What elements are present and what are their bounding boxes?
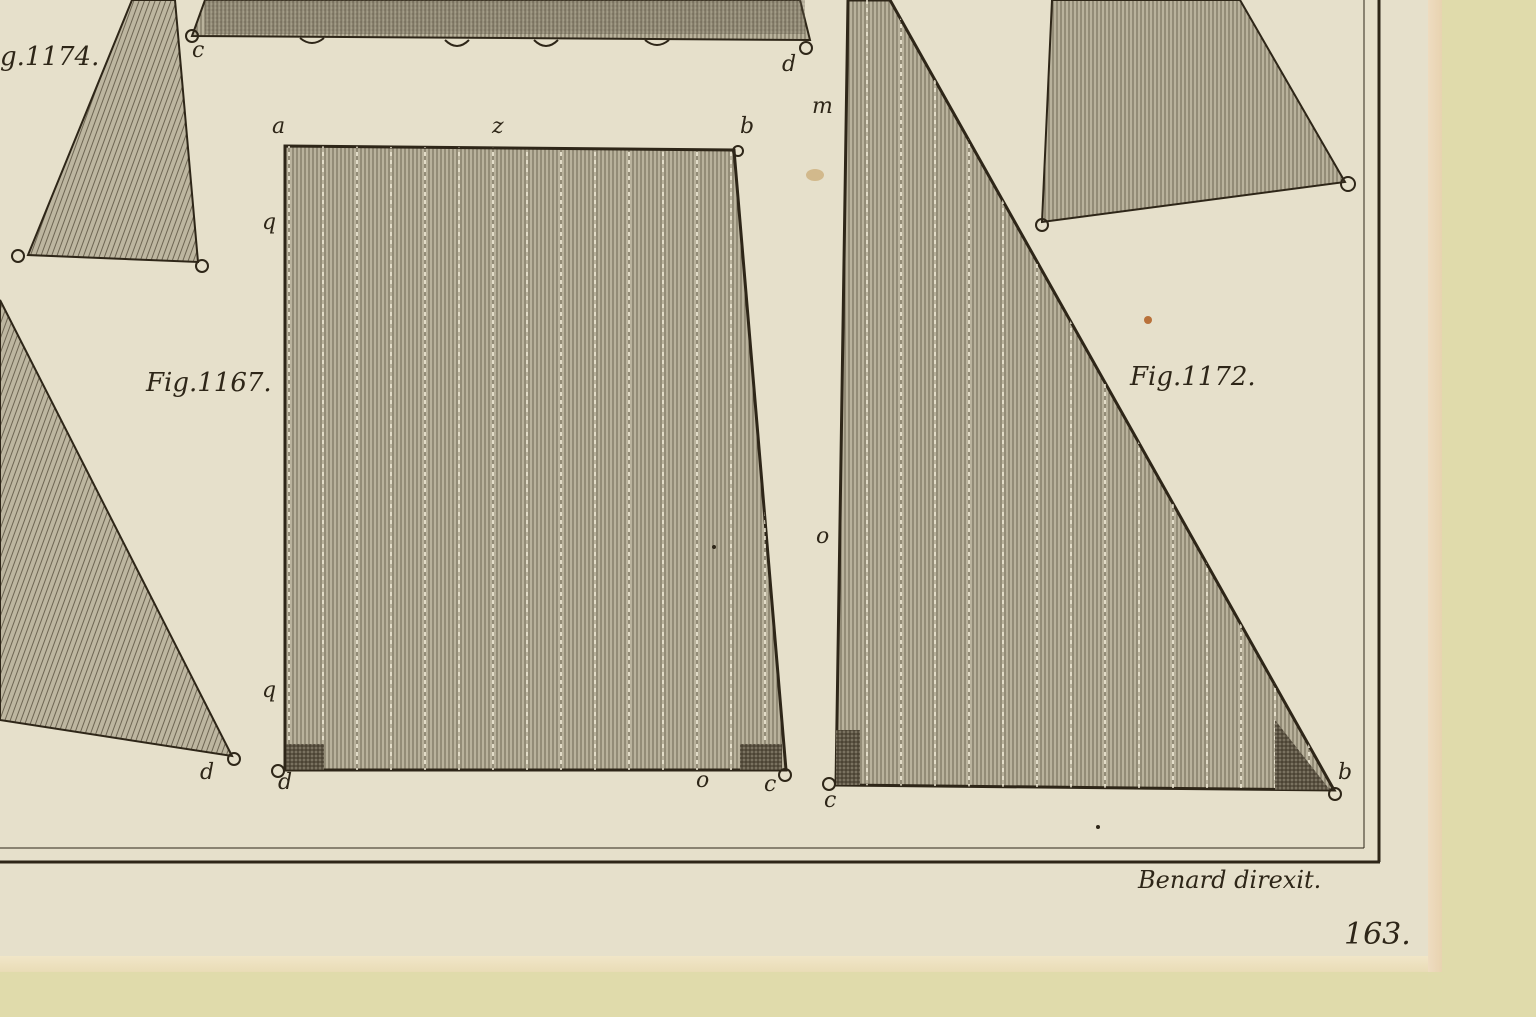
label-b: b — [740, 116, 754, 138]
label-q-bottom: q — [262, 680, 276, 702]
engraving-drawing — [0, 0, 1536, 1017]
label-d-1167: d — [278, 772, 292, 794]
label-top-d: d — [782, 54, 796, 76]
stain — [1144, 316, 1152, 324]
label-c-1167: c — [764, 774, 776, 796]
caption-fig1174: g.1174. — [0, 44, 99, 70]
label-o-1167: o — [696, 770, 709, 792]
label-m: m — [812, 96, 833, 118]
label-d-left: d — [200, 762, 214, 784]
label-b-1172: b — [1338, 762, 1352, 784]
caption-fig1172: Fig.1172. — [1130, 364, 1256, 390]
label-q-top: q — [262, 212, 276, 234]
sail-top-fragment — [186, 0, 812, 54]
stain — [806, 169, 824, 181]
label-top-c: c — [192, 40, 204, 62]
sail-fig1174 — [12, 0, 208, 272]
sail-top-right — [1036, 0, 1355, 231]
sail-fig1167 — [272, 146, 791, 781]
label-o-1172: o — [816, 526, 829, 548]
label-c-1172: c — [824, 790, 836, 812]
label-a: a — [272, 116, 285, 138]
caption-fig1167: Fig.1167. — [146, 370, 272, 396]
label-z: z — [492, 116, 504, 138]
engraver-signature: Benard direxit. — [1138, 868, 1321, 892]
plate-page-number: 163. — [1344, 920, 1411, 950]
